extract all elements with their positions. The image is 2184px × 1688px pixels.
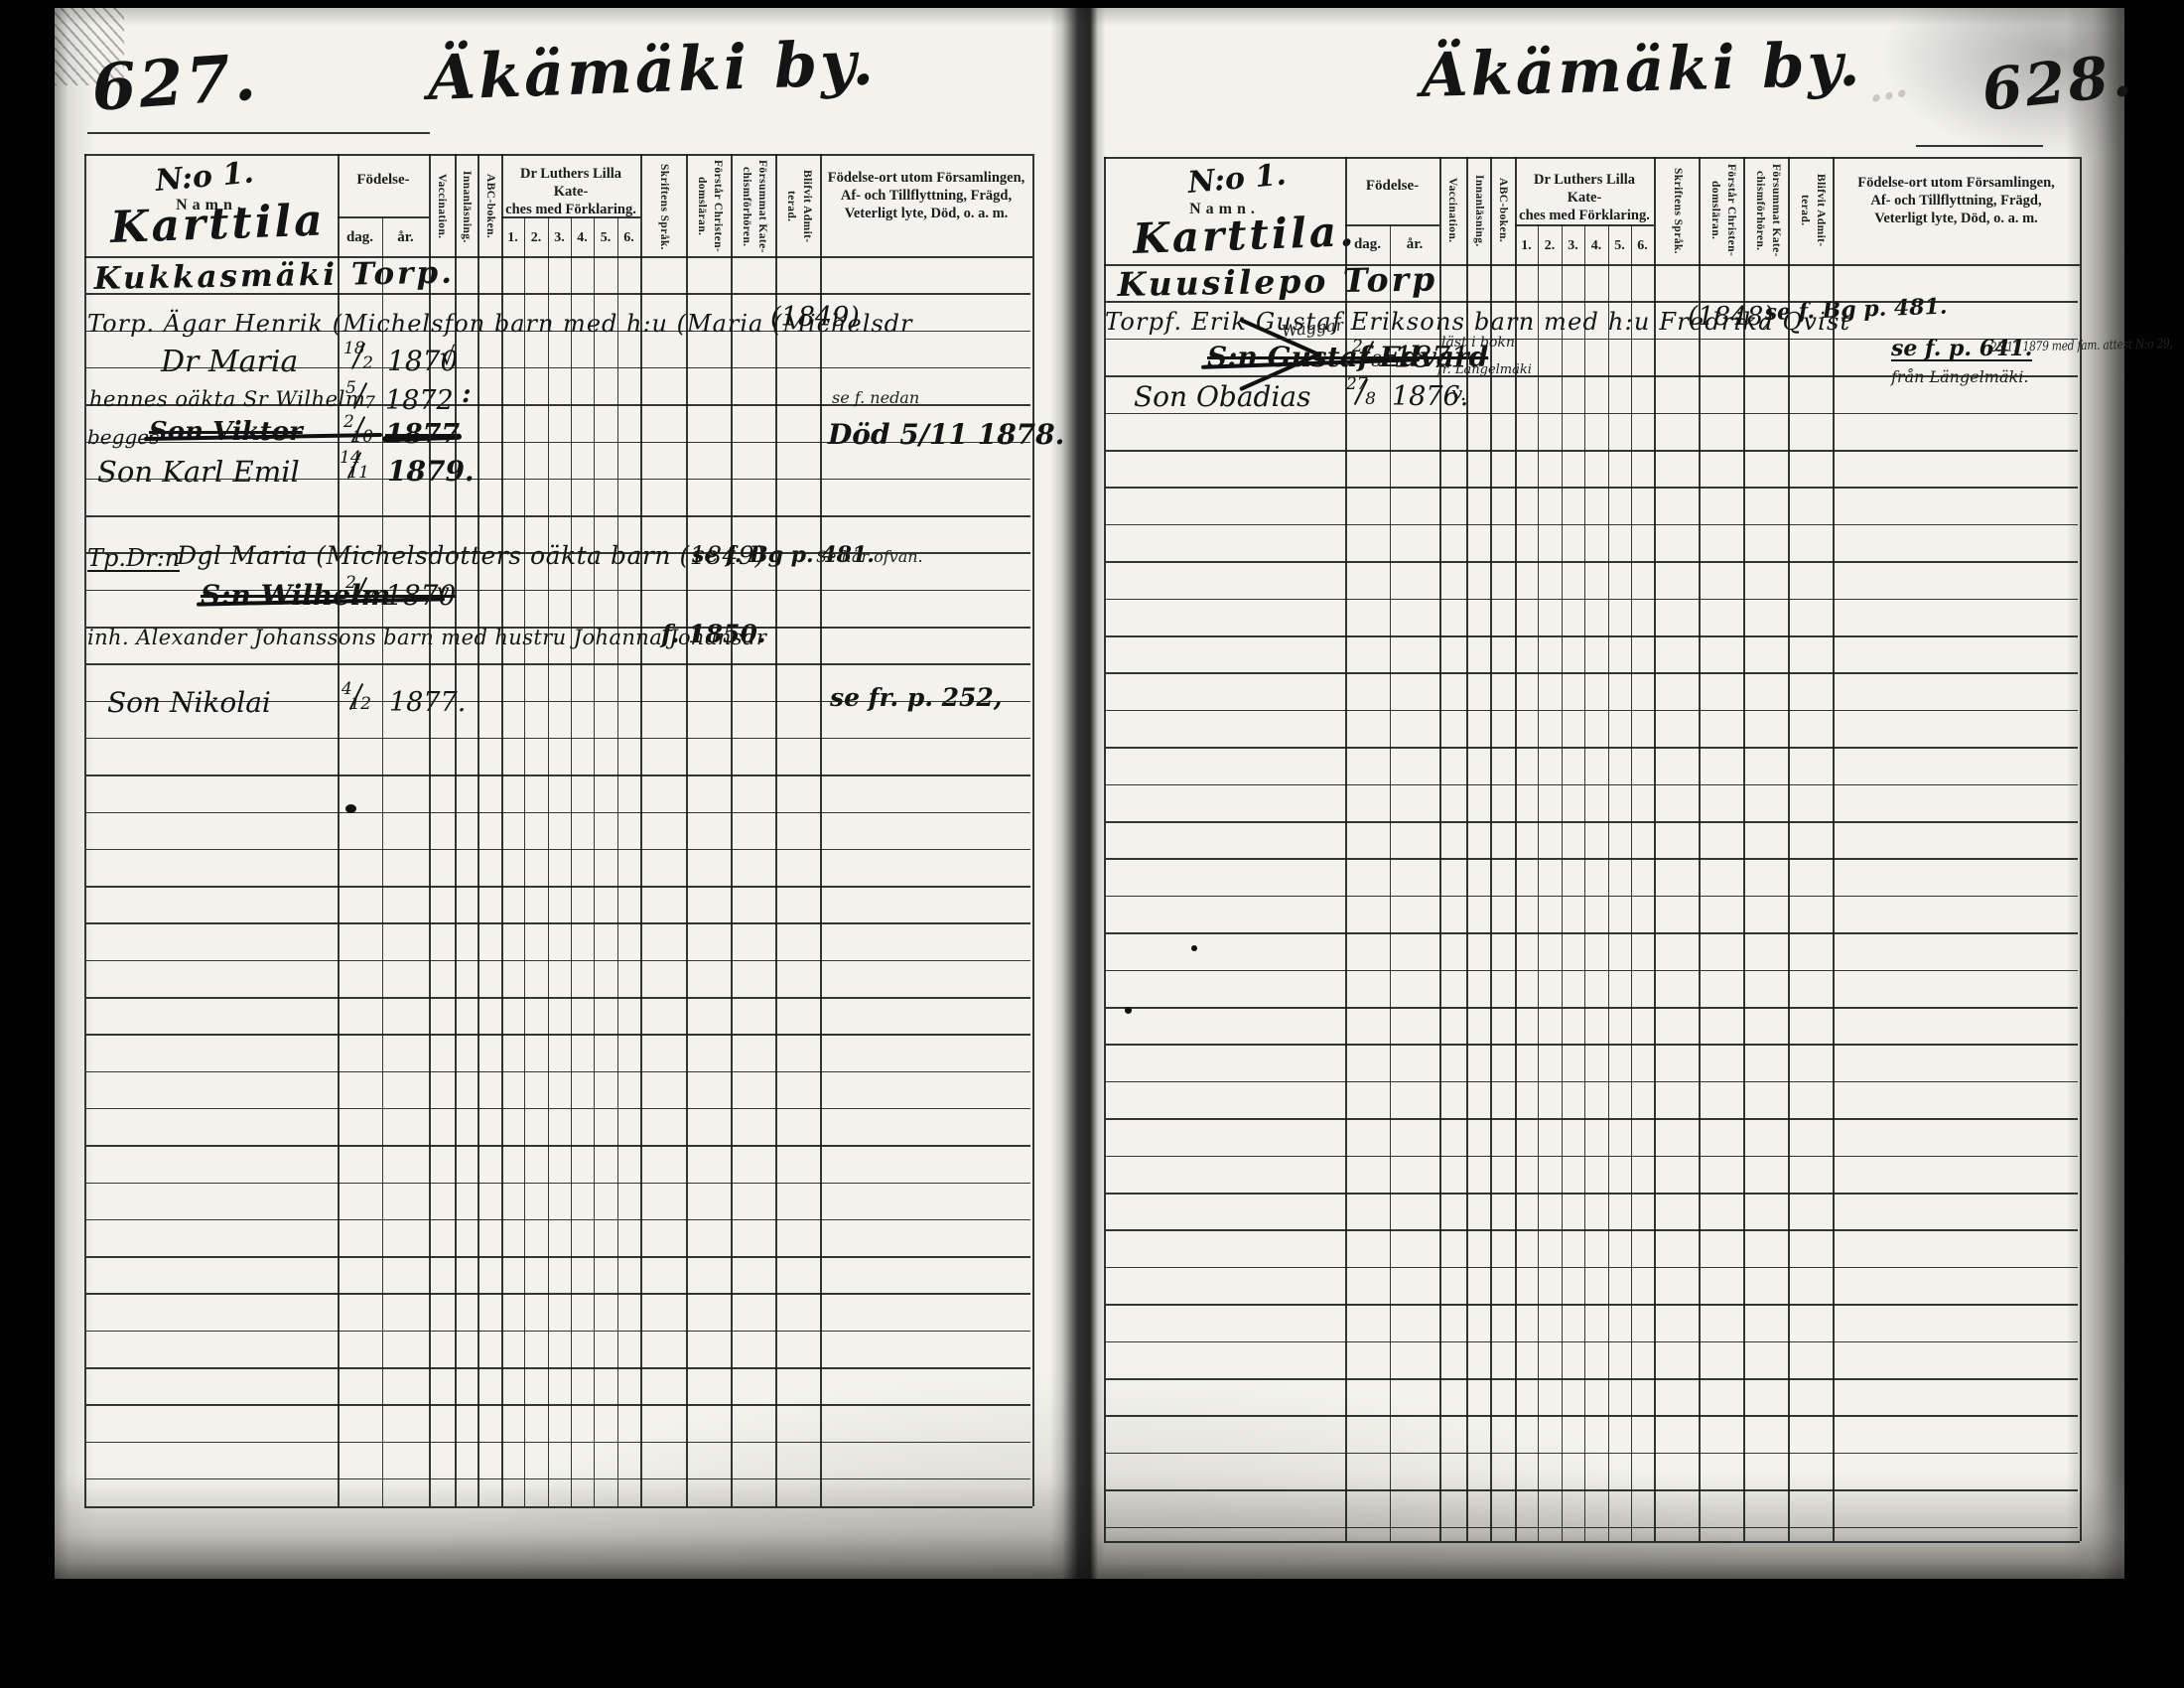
grid-line [86,960,1030,962]
grid-line [86,1145,1030,1147]
grid-line [1106,1229,2078,1231]
kateches-num-6-left: 6. [617,229,640,247]
grid-line [1106,1156,2078,1158]
kateches-num-2-left: 2. [524,229,548,247]
birth-day: 2 [1348,340,1392,353]
grid-line [86,367,1030,369]
col-innanlasning-left: Innanläsning. [457,157,473,256]
entry-viktor-date: 2 10 [340,415,383,444]
family2-note-left: Se här ofvan. [816,549,923,565]
ghost-writing: … [1864,63,1913,109]
grid-line [1104,157,1106,1541]
grid-line [338,154,340,1506]
entry-wilhelm-name: hennes oäkta Sr Wilhelm [89,389,365,410]
entry-nikolai-name: Son Nikolai [107,689,271,717]
col-blifvit-line1-right: Blifvit Admit- [1811,161,1827,260]
grid-line [1390,224,1391,1541]
grid-line [86,738,1030,740]
col-abc-boken-left: ABC-boken. [480,157,496,256]
grid-line [1106,1267,2078,1269]
grid-line [86,774,1030,776]
wide-line1: Födelse-ort utom Församlingen, [820,169,1032,187]
entry-viktor-death-note: Död 5/11 1878. [828,421,1064,449]
grid-line [501,216,640,218]
grid-line [86,1256,1030,1258]
grid-line [86,479,1030,481]
family2-head-left: Dgl Maria (Michelsdotters oäkta barn (18… [177,543,765,568]
col-forstar-line2-left: domsläran. [692,157,708,256]
grid-line [1538,224,1539,1541]
entry-obadias-note: fr. Längelmäki [1437,363,1532,376]
grid-line [84,256,1032,258]
grid-line [86,627,1030,629]
grid-line [86,886,1030,888]
grid-line [86,442,1030,444]
village-title-right: Äkämäki by. [1420,34,1863,106]
grid-line [1833,157,1835,1541]
grid-line [820,154,822,1506]
grid-line [1106,784,2078,786]
col-forsummat-line2-left: chismförhören. [737,157,752,256]
grid-line [1345,157,1347,1541]
binding-gutter-shadow [1050,8,1106,1579]
col-forsummat-line1-left: Försummat Kate- [752,157,768,256]
grid-line [86,1034,1030,1036]
kateches-line2: ches med Förklaring. [1515,207,1654,224]
entry-karl-date: 14 11 [336,451,379,480]
village-name-right: Karttila. [1133,211,1358,260]
grid-line [1106,1081,2078,1083]
grid-line [86,552,1030,554]
col-kateches-left: Dr Luthers Lilla Kate- ches med Förklari… [501,165,640,218]
family1-year-right: (1848) [1688,304,1773,330]
col-skriftens-right: Skriftens Språk. [1668,161,1684,260]
col-ar-left: år. [382,228,429,247]
grid-line [429,154,431,1506]
entry-gustaf-date: 2 8 [1348,340,1392,368]
grid-line [1106,450,2078,452]
grid-line [86,1367,1030,1369]
wide-line2: Af- och Tillflyttning, Frägd, [1833,192,2080,210]
hamlet-name-left: Kukkasmäki Torp. [93,258,455,295]
birth-month: 7 [341,396,385,410]
birth-day: 18 [340,342,383,355]
entry-obadias-mark: v. [1451,383,1466,403]
grid-line [1104,157,2080,159]
wide-line1: Födelse-ort utom Församlingen, [1833,174,2080,192]
entry-nikolai-date: 4 12 [338,682,381,711]
grid-line [686,154,688,1506]
grid-line [1106,524,2078,526]
grid-line [1106,487,2078,489]
grid-line [86,812,1030,814]
family2-prefix-left: Tp.Dr:n [87,546,180,572]
grid-line [86,515,1030,517]
grid-line [1439,157,1441,1541]
birth-day: 27 [1342,377,1386,391]
kateches-num-5-right: 5. [1608,237,1631,255]
entry-maria-date: 18 2 [340,342,383,370]
grid-line [1106,301,2078,303]
col-forstar-line1-left: Förstår Christen- [708,157,724,256]
grid-line [1106,561,2078,563]
grid-line [86,701,1030,703]
grid-line [86,590,1030,592]
col-forstar-line1-right: Förstår Christen- [1721,161,1737,260]
birth-month: 8 [1348,354,1392,368]
kateches-line1: Dr Luthers Lilla Kate- [501,165,640,201]
family3-tail-left: f. 1850. [661,622,766,646]
col-forstar-line2-right: domsläran. [1706,161,1721,260]
grid-line [1106,1118,2078,1120]
grid-line [1466,157,1468,1541]
grid-line [1104,1541,2080,1543]
grid-line [86,1478,1030,1480]
page-edge-shading [2067,8,2124,1579]
wide-line3: Veterligt lyte, Död, o. a. m. [820,205,1032,222]
grid-line [1608,224,1609,1541]
grid-line [86,1331,1030,1333]
entry-karl-year: 1879. [387,458,475,486]
birth-month: 12 [338,697,381,711]
grid-line [86,997,1030,999]
grid-line [1106,1044,2078,1046]
grid-line [1106,1489,2078,1491]
kateches-num-4-right: 4. [1584,237,1608,255]
grid-line [731,154,733,1506]
ink-dot [1191,945,1197,951]
grid-line [1106,970,2078,972]
grid-line [548,216,549,1506]
grid-line [1490,157,1492,1541]
grid-line [594,216,595,1506]
grid-line [1106,1341,2078,1343]
grid-line [86,1219,1030,1221]
grid-line [86,849,1030,851]
grid-line [640,154,642,1506]
grid-line [1032,154,1034,1506]
birth-month: 7 [341,591,385,605]
grid-line [1699,157,1701,1541]
grid-line [84,1506,1032,1508]
grid-line [775,154,777,1506]
entry-wilhelm-mark: : [462,381,472,407]
grid-line [1106,1378,2078,1380]
family1-year-left: (1849) [770,304,860,331]
grid-line [86,1071,1030,1073]
col-abc-boken-right: ABC-boken. [1493,161,1509,260]
wide-line2: Af- och Tillflyttning, Frägd, [820,187,1032,205]
grid-line [1106,821,2078,823]
grid-line [1562,224,1563,1541]
birth-month: 8 [1342,392,1386,406]
grid-line [84,154,1032,156]
grid-line [86,663,1030,665]
grid-line [338,216,429,218]
page-number-left: 627. [90,46,261,121]
col-vaccination-left: Vaccination. [432,157,448,256]
entry-maria-mark: √ [440,344,456,368]
grid-line [1106,599,2078,601]
col-forsummat-line2-right: chismförhören. [1750,161,1766,260]
birth-day: 5 [341,381,385,395]
kateches-num-5-left: 5. [594,229,617,247]
grid-line [1515,157,1517,1541]
village-title-left: Äkämäki by. [427,32,878,109]
grid-line [1106,747,2078,749]
grid-line [1106,672,2078,674]
grid-line [1584,224,1585,1541]
entry-obadias-name: Son Obadias [1134,383,1311,411]
entry-obadias-date: 27 8 [1342,377,1386,406]
grid-line [86,1404,1030,1406]
grid-line [1654,157,1656,1541]
grid-line [86,922,1030,924]
entry-nikolai-note: se fr. p. 252, [830,685,1003,710]
col-forsummat-line1-right: Försummat Kate- [1766,161,1782,260]
col-innanlasning-right: Innanläsning. [1469,161,1485,260]
grid-line [501,154,503,1506]
grid-line [1106,710,2078,712]
grid-line [478,154,479,1506]
wide-line3: Veterligt lyte, Död, o. a. m. [1833,210,2080,227]
kateches-line1: Dr Luthers Lilla Kate- [1515,171,1654,207]
grid-line [1515,224,1654,226]
grid-line [382,216,383,1506]
grid-line [1106,1304,2078,1306]
grid-line [524,216,525,1506]
grid-line [86,404,1030,406]
page-number-underline-right [1916,145,2043,147]
col-fodelse-right: Födelse- [1345,177,1439,196]
col-fodelse-left: Födelse- [338,171,429,190]
col-skriftens-left: Skriftens Språk. [654,157,670,256]
household-number-left: N:o 1. [154,158,254,197]
entry-karl-name: Son Karl Emil [97,458,300,487]
grid-line [1106,1007,2078,1009]
kateches-num-3-left: 3. [548,229,571,247]
grid-line [571,216,572,1506]
birth-day: 2 [341,576,385,590]
grid-line [1106,932,2078,934]
grid-line [1106,858,2078,860]
scanned-book-photo: 627. Äkämäki by. N:o 1. Namn. Födelse- d… [0,0,2184,1688]
entry-wilhelm-year: 1872 [385,387,454,414]
grid-line [1106,375,2078,377]
grid-line [1788,157,1790,1541]
grid-line [86,1442,1030,1444]
kateches-num-3-right: 3. [1562,237,1584,255]
grid-line [1106,1453,2078,1455]
kateches-num-2-right: 2. [1538,237,1562,255]
col-dag-left: dag. [338,228,382,247]
kateches-num-6-right: 6. [1631,237,1654,255]
col-vaccination-right: Vaccination. [1442,161,1458,260]
col-blifvit-line2-left: terad. [781,157,797,256]
col-ar-right: år. [1390,235,1439,254]
grid-line [1106,1415,2078,1417]
grid-line [86,331,1030,333]
col-wide-left: Födelse-ort utom Församlingen, Af- och T… [820,169,1032,222]
grid-line [1631,224,1632,1541]
page-number-right: 628. [1979,46,2136,119]
col-kateches-right: Dr Luthers Lilla Kate- ches med Förklari… [1515,171,1654,224]
grid-line [84,154,86,1506]
family1-ref-right: se f. Bg p. 481. [1764,296,1948,324]
entry-gustaf-ref3: från Längelmäki. [1891,369,2028,385]
grid-line [1743,157,1745,1541]
col-wide-right: Födelse-ort utom Församlingen, Af- och T… [1833,174,2080,227]
grid-line [86,1183,1030,1185]
grid-line [1106,339,2078,341]
page-number-underline-left [87,132,430,134]
entry-wilhelm2-mark: v [437,582,449,604]
grid-line [1345,224,1439,226]
grid-line [1106,635,2078,637]
entry-maria-name: Dr Maria [161,348,298,377]
grid-line [617,216,618,1506]
grid-line [1106,1527,2078,1529]
grid-line [86,293,1030,295]
col-blifvit-line2-right: terad. [1795,161,1811,260]
grid-line [455,154,457,1506]
grid-line [86,1293,1030,1295]
grid-line [2080,157,2082,1541]
grid-line [1106,1193,2078,1195]
grid-line [86,1108,1030,1110]
kateches-num-4-left: 4. [571,229,594,247]
col-blifvit-line1-left: Blifvit Admit- [797,157,813,256]
grid-line [1106,413,2078,415]
grid-line [1104,264,2080,266]
village-name-left: Karttila [109,199,326,250]
household-number-right: N:o 1. [1186,160,1287,199]
grid-line [1106,896,2078,898]
kateches-num-1-right: 1. [1515,237,1538,255]
kateches-num-1-left: 1. [501,229,524,247]
